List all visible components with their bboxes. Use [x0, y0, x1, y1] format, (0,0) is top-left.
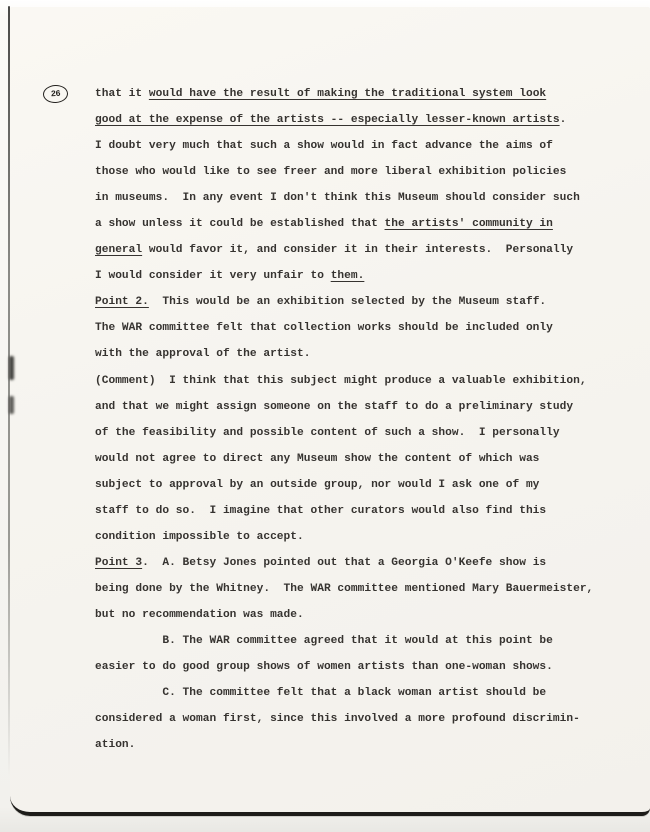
- text-line: a show unless it could be established th…: [95, 211, 615, 237]
- text-line: of the feasibility and possible content …: [95, 420, 615, 446]
- text-line: C. The committee felt that a black woman…: [95, 680, 615, 706]
- text-line: condition impossible to accept.: [95, 524, 615, 550]
- scan-background: { "page": { "number": "26" }, "document"…: [0, 0, 650, 832]
- document-page: 26 that it would have the result of maki…: [10, 7, 650, 816]
- scan-smudge: [9, 396, 14, 414]
- text-line: I would consider it very unfair to them.: [95, 263, 615, 289]
- text-line: The WAR committee felt that collection w…: [95, 315, 615, 341]
- page-number: 26: [51, 89, 61, 99]
- text-line: I doubt very much that such a show would…: [95, 133, 615, 159]
- text-line: with the approval of the artist.: [95, 341, 615, 367]
- text-line: staff to do so. I imagine that other cur…: [95, 498, 615, 524]
- text-line: and that we might assign someone on the …: [95, 394, 615, 420]
- text-line: in museums. In any event I don't think t…: [95, 185, 615, 211]
- text-line: ation.: [95, 732, 615, 758]
- scan-smudge: [9, 356, 14, 380]
- document-text: that it would have the result of making …: [95, 81, 615, 758]
- text-line: but no recommendation was made.: [95, 602, 615, 628]
- text-line: being done by the Whitney. The WAR commi…: [95, 576, 615, 602]
- text-line: (Comment) I think that this subject migh…: [95, 368, 615, 394]
- text-line: Point 2. This would be an exhibition sel…: [95, 289, 615, 315]
- text-line: general would favor it, and consider it …: [95, 237, 615, 263]
- text-line: those who would like to see freer and mo…: [95, 159, 615, 185]
- page-number-badge: 26: [43, 84, 69, 103]
- text-line: considered a woman first, since this inv…: [95, 706, 615, 732]
- text-line: subject to approval by an outside group,…: [95, 472, 615, 498]
- scan-edge-artifact: [8, 6, 10, 776]
- text-line: good at the expense of the artists -- es…: [95, 107, 615, 133]
- text-line: B. The WAR committee agreed that it woul…: [95, 628, 615, 654]
- text-line: would not agree to direct any Museum sho…: [95, 446, 615, 472]
- text-line: Point 3. A. Betsy Jones pointed out that…: [95, 550, 615, 576]
- text-line: that it would have the result of making …: [95, 81, 615, 107]
- text-line: easier to do good group shows of women a…: [95, 654, 615, 680]
